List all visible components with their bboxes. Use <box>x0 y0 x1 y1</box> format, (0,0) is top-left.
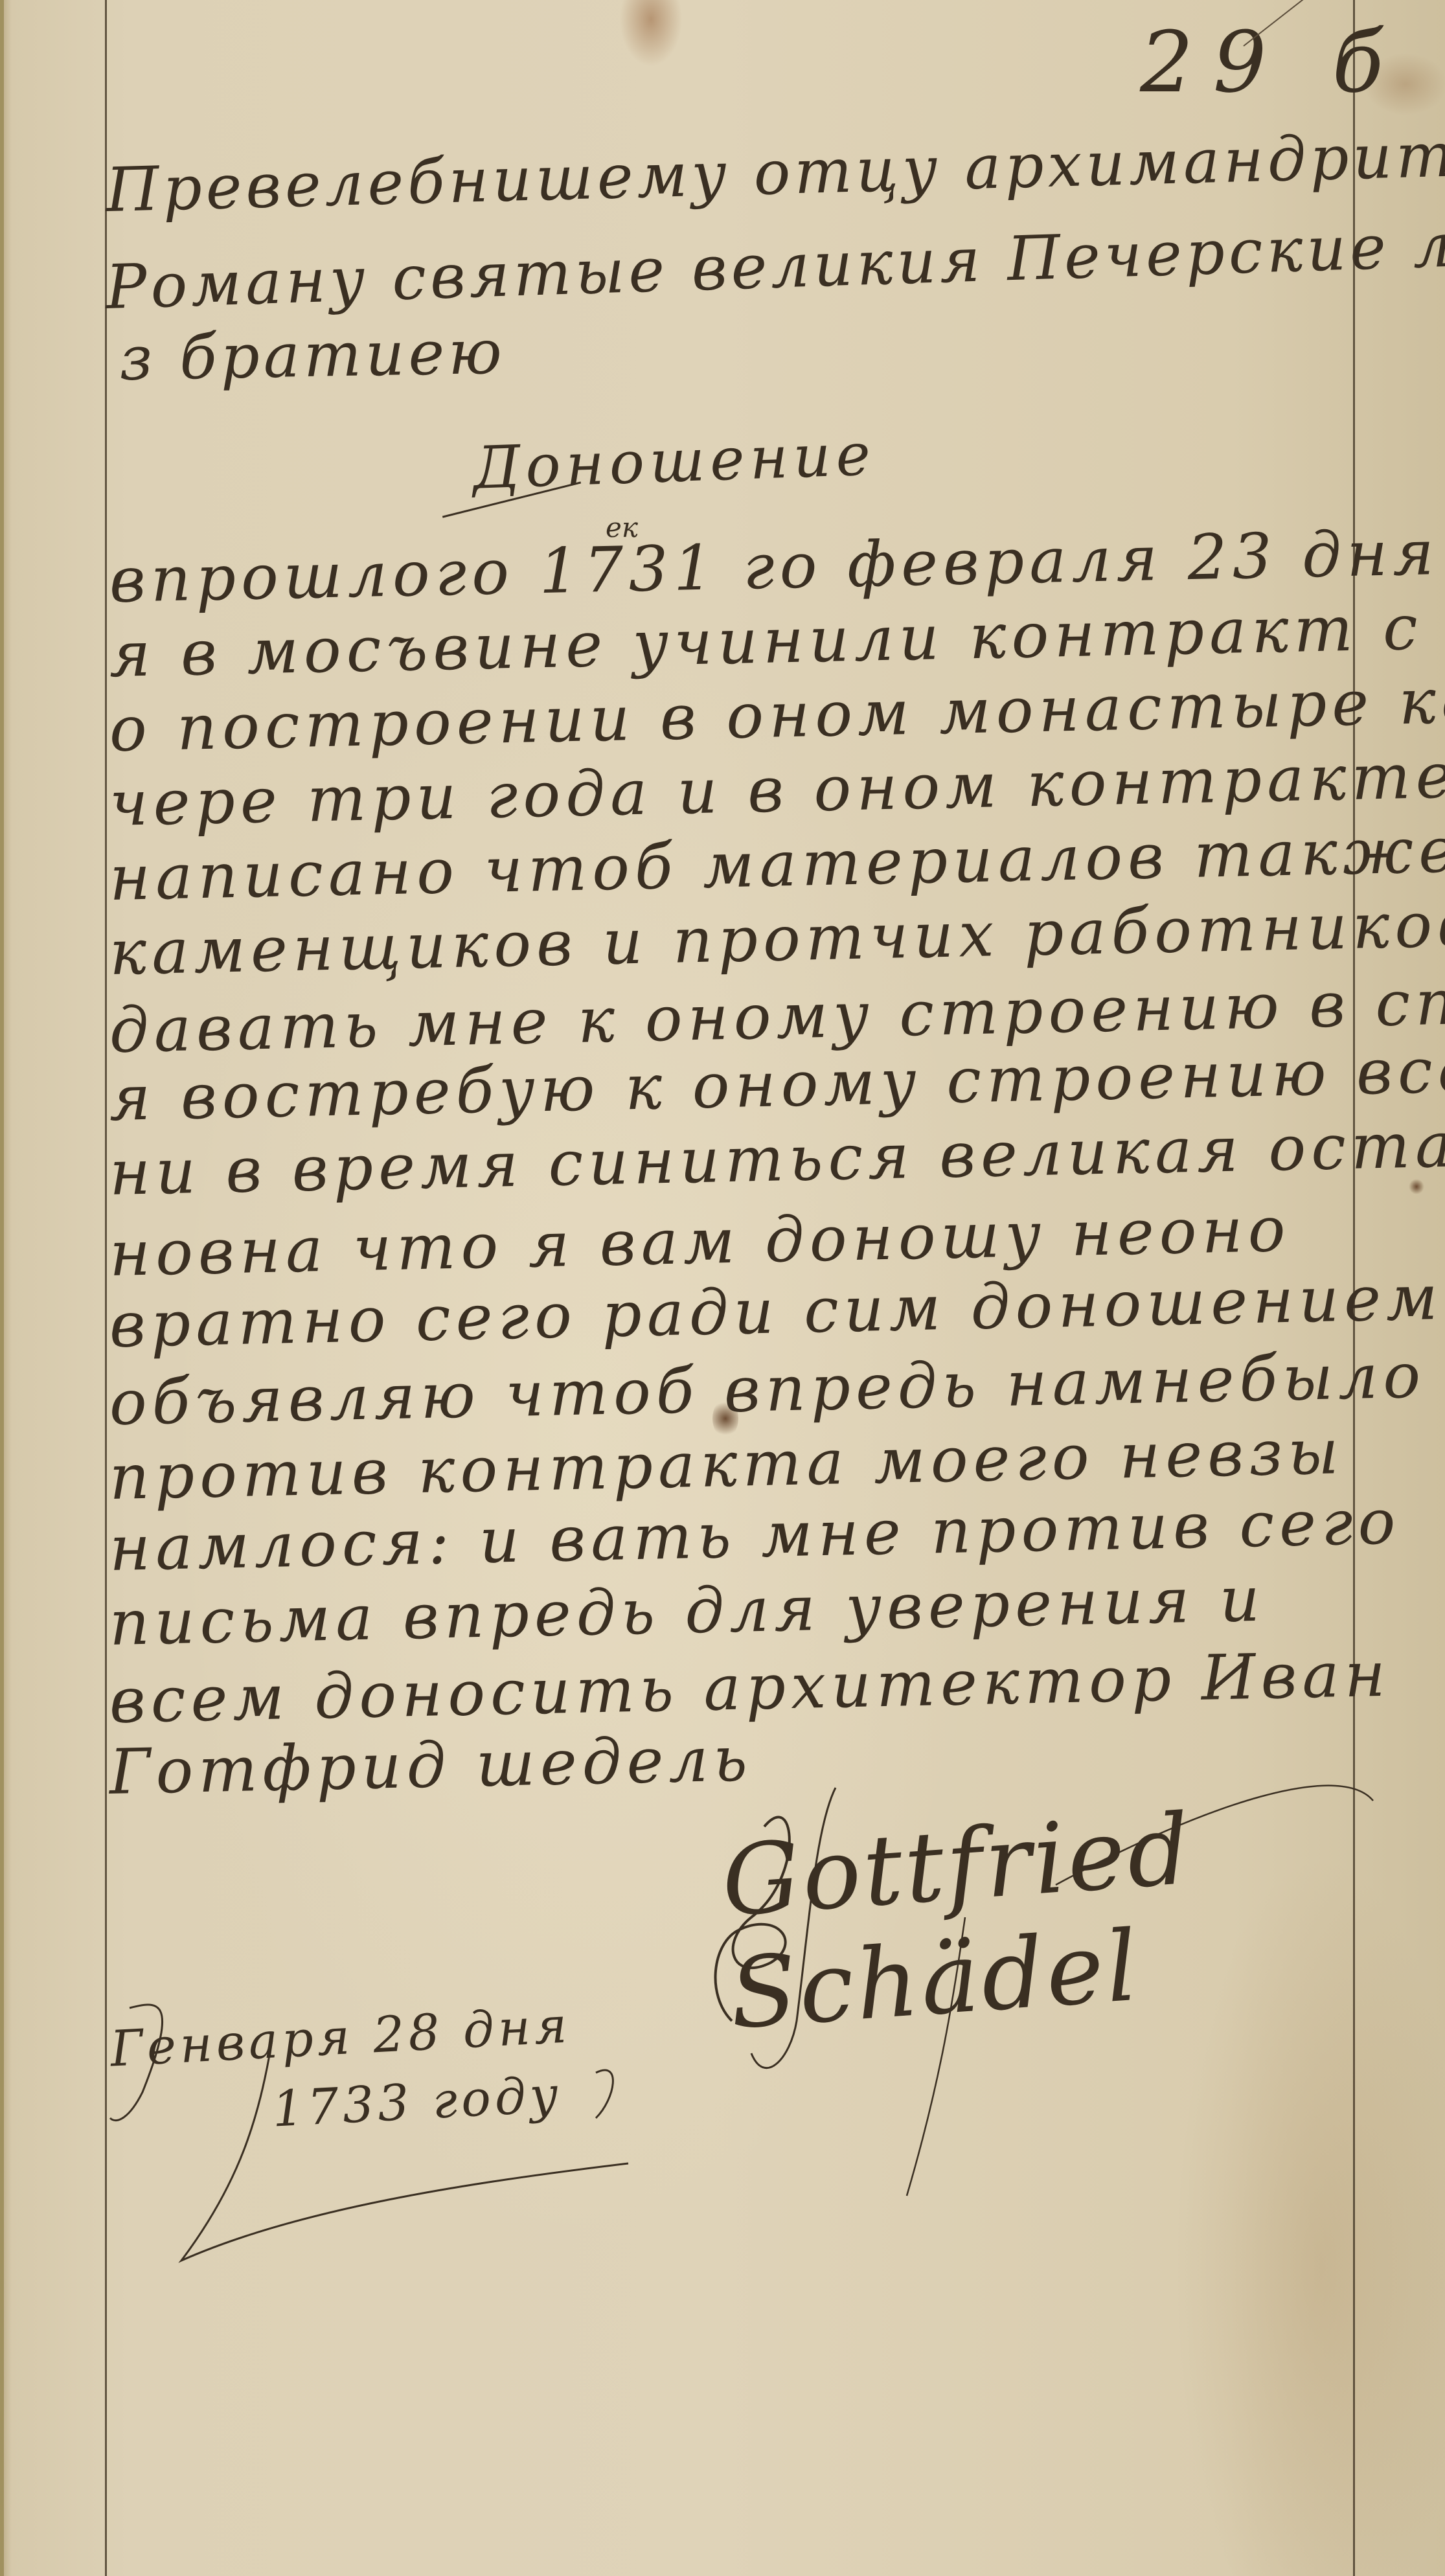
page-edge <box>0 0 4 2576</box>
body-line: Готфрид шедель <box>109 1722 753 1808</box>
document-title: Доношение <box>472 420 876 503</box>
address-line-3: з братиею <box>119 317 506 394</box>
folio-number: 29 б <box>1140 13 1403 111</box>
